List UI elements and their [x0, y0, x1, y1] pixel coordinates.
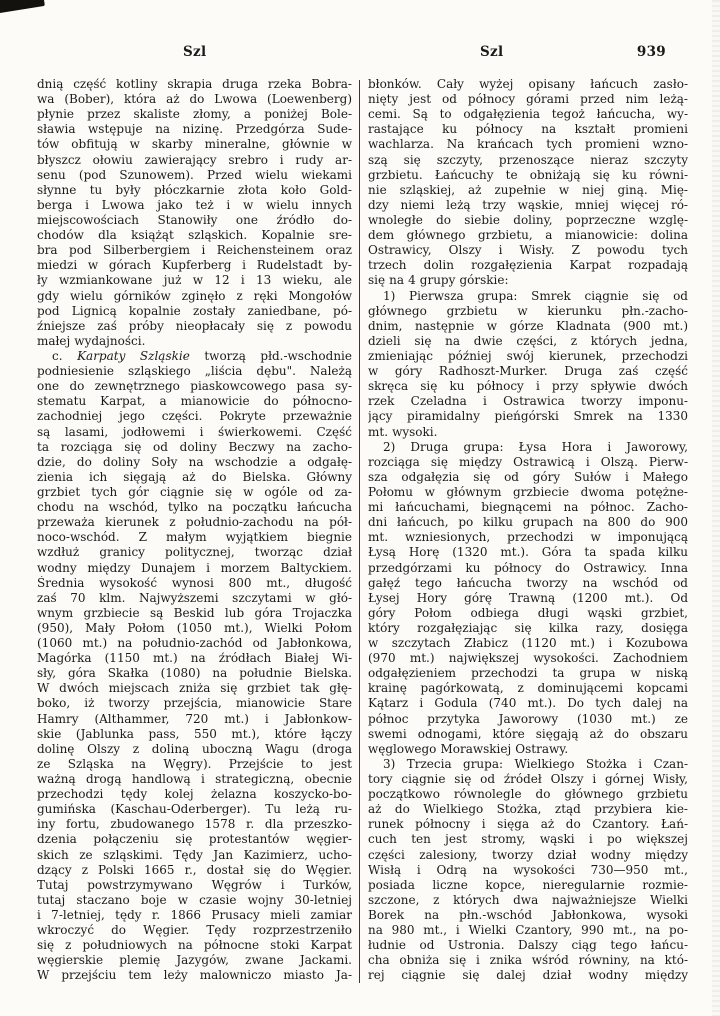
right-column: błonków. Cały wyżej opisany łańcuch zasł… [368, 77, 688, 984]
text-line: cha obniża się i znika wśród równiny, na… [368, 953, 688, 968]
text-line: małej wydajności. [37, 334, 352, 349]
text-line: aż do Wielkiego Stożka, ztąd przybiera k… [368, 802, 688, 817]
text-line: miejscowościach Stanowiły one źródło do- [37, 213, 352, 228]
text-line: rej ciągnie się dalej dział wodny między [368, 968, 688, 983]
text-line: Łysą Horę (1320 mt.). Góra ta spada kilk… [368, 545, 688, 560]
text-line: skręca się ku północy i przy spływie dwó… [368, 379, 688, 394]
text-line: wnoległe do siebie doliny, poprzeczne wz… [368, 213, 688, 228]
left-column: dnią część kotliny skrapia druga rzeka B… [37, 77, 352, 984]
text-line: dolinę Olszy z doliną uboczną Wagu (drog… [37, 742, 352, 757]
text-line: zienia ich sięgają aż do Bielska. Główny [37, 470, 352, 485]
text-line: Wisłą i Odrą na wysokości 730—950 mt., [368, 863, 688, 878]
text-line: części zalesiony, tworzy dział wodny mię… [368, 848, 688, 863]
text-line: jący piramidalny pieńgórski Smrek na 133… [368, 409, 688, 424]
text-line: sza odgałęzia się od góry Sułów i Małego [368, 470, 688, 485]
text-line: Hamry (Althammer, 720 mt.) i Jabłonkow- [37, 712, 352, 727]
text-line: nie szląskiej, aż zupełnie w niej giną. … [368, 183, 688, 198]
text-line: krainę pagórkowatą, z dominującemi kopca… [368, 681, 688, 696]
text-line: gumińska (Kaschau-Oderberger). Tu leżą r… [37, 802, 352, 817]
text-line: słynne tu były płóczkarnie złota koło Go… [37, 183, 352, 198]
text-line: dnim, następnie w górze Kladnata (900 mt… [368, 319, 688, 334]
scanned-book-page: Szl Szl 939 dnią część kotliny skrapia d… [0, 0, 720, 1016]
text-line: (970 mt.) największej wysokości. Zachodn… [368, 651, 688, 666]
text-line: noco-wschód. Z małym wyjątkiem biegnie [37, 530, 352, 545]
text-line: Borek na płn.-wschód Jabłonkowa, wysoki [368, 908, 688, 923]
page-number: 939 [622, 44, 666, 60]
text-line: węgierskie plemię Jazygów, zwane Jackami… [37, 953, 352, 968]
text-line: Połomu w głównym grzbiecie dwoma potężne… [368, 485, 688, 500]
text-line: chodów dla książąt szląskich. Kopalnie s… [37, 228, 352, 243]
running-title-right: Szl [480, 44, 503, 60]
text-line: węglowego Morawskiej Ostrawy. [368, 742, 688, 757]
text-line: posiada liczne kopce, nieregularnie rozm… [368, 878, 688, 893]
text-line: podniesienie szląskiego „liścia dębu". N… [37, 364, 352, 379]
text-line: początkowo równolegle do głównego grzbie… [368, 787, 688, 802]
text-line: góry Połom odbiega długi wąski grzbiet, [368, 606, 688, 621]
text-line: który rozgałęziając się kilka razy, dosi… [368, 621, 688, 636]
text-line: 2) Druga grupa: Łysa Hora i Jaworowy, [368, 440, 688, 455]
text-line: wachlarza. Na krańcach tych promieni wzn… [368, 137, 688, 152]
text-line: się z południowych na północne stoki Kar… [37, 938, 352, 953]
text-line: c. Karpaty Szląskie tworzą płd.-wschodni… [37, 349, 352, 364]
text-line: 1) Pierwsza grupa: Smrek ciągnie się od [368, 289, 688, 304]
scan-artifact-edge [712, 0, 720, 1016]
text-line: pod Lignicą kopalnie zostały zaniedbane,… [37, 304, 352, 319]
text-line: dem głównego grzbietu, a mianowicie: dol… [368, 228, 688, 243]
text-line: wkroczyć do Węgier. Tędy rozprzestrzenił… [37, 923, 352, 938]
text-line: szą się szczyty, przenoszące nieraz szcz… [368, 153, 688, 168]
running-title-left: Szl [183, 44, 206, 60]
text-line: cuch ten jest stromy, wąski i po większe… [368, 832, 688, 847]
text-line: W przejściu tem leży malowniczo miasto J… [37, 968, 352, 983]
text-line: (1060 mt.) na południo-zachód od Jabłonk… [37, 636, 352, 651]
text-line: dzieli się na dwie części, z których jed… [368, 334, 688, 349]
text-line: grzbietu. Łańcuchy te obniżają się ku ró… [368, 168, 688, 183]
text-line: (950), Mały Połom (1050 mt.), Wielki Poł… [37, 621, 352, 636]
text-line: wa (Bober), która aż do Lwowa (Loewenber… [37, 92, 352, 107]
text-line: w góry Radhoszt-Murker. Druga zaś część [368, 364, 688, 379]
text-line: mt. wzniesionych, przechodzi w imponując… [368, 530, 688, 545]
text-line: Magórka (1150 mt.) na źródłach Białej Wi… [37, 651, 352, 666]
text-line: gdy wielu górników zginęło z ręki Mongoł… [37, 289, 352, 304]
text-line: się na 4 grupy górskie: [368, 273, 688, 288]
text-line: senu (pod Szunowem). Przed wielu wiekami [37, 168, 352, 183]
text-line: wnym grzbiecie są Beskid lub góra Trojac… [37, 606, 352, 621]
text-line: dnią część kotliny skrapia druga rzeka B… [37, 77, 352, 92]
text-line: rozciąga się między Ostrawicą i Olszą. P… [368, 455, 688, 470]
text-line: i 7-letniej, tędy r. 1866 Prusacy mieli … [37, 908, 352, 923]
text-line: zachodniej jego części. Pokryte przeważn… [37, 409, 352, 424]
text-line: przeważa kierunek z południo-zachodu na … [37, 515, 352, 530]
text-line: sławia wstępuje na nizinę. Przedgórza Su… [37, 122, 352, 137]
column-divider-rule [359, 80, 360, 983]
text-line: odgałęzieniem przechodzi ta grupa w nisk… [368, 666, 688, 681]
text-line: one do zewnętrznego piaskowcowego pasa s… [37, 379, 352, 394]
text-line: północ przytyka Jaworowy (1030 mt.) ze [368, 712, 688, 727]
text-line: berga i Lwowa jako też i w wielu innych [37, 198, 352, 213]
text-line: dzie, do doliny Soły na wschodzie a odga… [37, 455, 352, 470]
text-line: miedzi w górach Kupferberg i Rudelstadt … [37, 258, 352, 273]
text-line: wodny między Dunajem i morzem Baltyckiem… [37, 561, 352, 576]
text-line: Kątarz i Godula (740 mt.). Do tych dalej… [368, 696, 688, 711]
text-line: boko, iż tworzy przejścia, mianowicie St… [37, 696, 352, 711]
text-line: błyszcz ołowiu zawierający srebro i rudy… [37, 153, 352, 168]
text-line: 3) Trzecia grupa: Wielkiego Stożka i Cza… [368, 757, 688, 772]
text-line: W dwóch miejscach zniża się grzbiet tak … [37, 681, 352, 696]
text-line: Tutaj powstrzymywano Węgrów i Turków, [37, 878, 352, 893]
text-line: szczone, z których dwa najważniejsze Wie… [368, 893, 688, 908]
text-line: łudnie od Ustronia. Dalszy ciąg tego łań… [368, 938, 688, 953]
text-line: skich ze szląskimi. Tędy Jan Kazimierz, … [37, 848, 352, 863]
text-line: zmieniając później swój kierunek, przech… [368, 349, 688, 364]
text-line: tory ciągnie się od źródeł Olszy i górne… [368, 772, 688, 787]
text-line: źniejsze zaś próby nieopłacały się z pow… [37, 319, 352, 334]
text-line: ta rozciąga się od doliny Beczwy na zach… [37, 440, 352, 455]
text-line: ze Szląska na Węgry). Przejście to jest [37, 757, 352, 772]
text-line: przedgórzami ku północy do Ostrawicy. In… [368, 561, 688, 576]
text-line: Ostrawicy, Olszy i Wisły. Z powodu tych [368, 243, 688, 258]
text-line: Średnia wysokość wynosi 800 mt., długość [37, 576, 352, 591]
text-line: sły, góra Skałka (1080) na południe Biel… [37, 666, 352, 681]
text-line: tów obfitują w skarby mineralne, głównie… [37, 137, 352, 152]
text-line: cemi. Są to odgałęzienia tegoż łańcucha,… [368, 107, 688, 122]
text-line: iny fortu, zbudowanego 1578 r. dla przes… [37, 817, 352, 832]
text-line: ważną drogą handlową i strategiczną, obe… [37, 772, 352, 787]
text-line: trzech dolin rozgałęzienia Karpat rozpad… [368, 258, 688, 273]
text-line: w szczytach Złabicz (1120 mt.) i Kozubow… [368, 636, 688, 651]
text-line: na 980 mt., i Wielki Czantory, 990 mt., … [368, 923, 688, 938]
text-line: rastające ku północy na kształt promieni [368, 122, 688, 137]
text-line: płynie przez skaliste złomy, a poniżej B… [37, 107, 352, 122]
text-line: zaś 70 klm. Najwyższemi szczytami w głó- [37, 591, 352, 606]
text-line: bra pod Silberbergiem i Reichensteinem o… [37, 243, 352, 258]
text-line: gałęź tego łańcucha tworzy na wschód od [368, 576, 688, 591]
text-line: swemi odnogami, które sięgają aż do obsz… [368, 727, 688, 742]
text-line: skie (Jablunka pass, 550 mt.), które łąc… [37, 727, 352, 742]
text-line: dzenia połączeniu się protestantów węgie… [37, 832, 352, 847]
running-head: Szl Szl 939 [0, 44, 720, 62]
text-line: runek północny i sięga aż do Czantory. Ł… [368, 817, 688, 832]
text-line: dzący z Polski 1665 r., dostał się do Wę… [37, 863, 352, 878]
text-line: grzbiet tych gór ciągnie się w ogóle od … [37, 485, 352, 500]
scan-artifact-corner [0, 0, 45, 14]
text-line: chodu na wschód, tylko na początku łańcu… [37, 500, 352, 515]
text-line: stematu Karpat, a mianowicie do północno… [37, 394, 352, 409]
text-line: tutaj staczano boje w czasie wojny 30-le… [37, 893, 352, 908]
text-line: wzdłuż granicy politycznej, tworząc dzia… [37, 545, 352, 560]
text-line: błonków. Cały wyżej opisany łańcuch zasł… [368, 77, 688, 92]
text-line: nięty jest od północy górami przed nim l… [368, 92, 688, 107]
text-line: rzek Czeladna i Ostrawica tworzy imponu- [368, 394, 688, 409]
text-line: przechodzi tędy kolej żelazna koszycko-b… [37, 787, 352, 802]
text-line: ły wzmiankowane już w 12 i 13 wieku, ale [37, 273, 352, 288]
text-line: mi łańcuchami, biegnącemi na północ. Zac… [368, 500, 688, 515]
text-line: dzy niemi leżą trzy wąskie, mniej więcej… [368, 198, 688, 213]
text-line: głównego grzbietu w kierunku płn.-zacho- [368, 304, 688, 319]
text-line: dni łańcuch, po kilku grupach na 800 do … [368, 515, 688, 530]
text-line: mt. wysoki. [368, 425, 688, 440]
text-line: są lasami, jodłowemi i świerkowemi. Częś… [37, 425, 352, 440]
text-line: Łysej Hory górę Trawną (1200 mt.). Od [368, 591, 688, 606]
